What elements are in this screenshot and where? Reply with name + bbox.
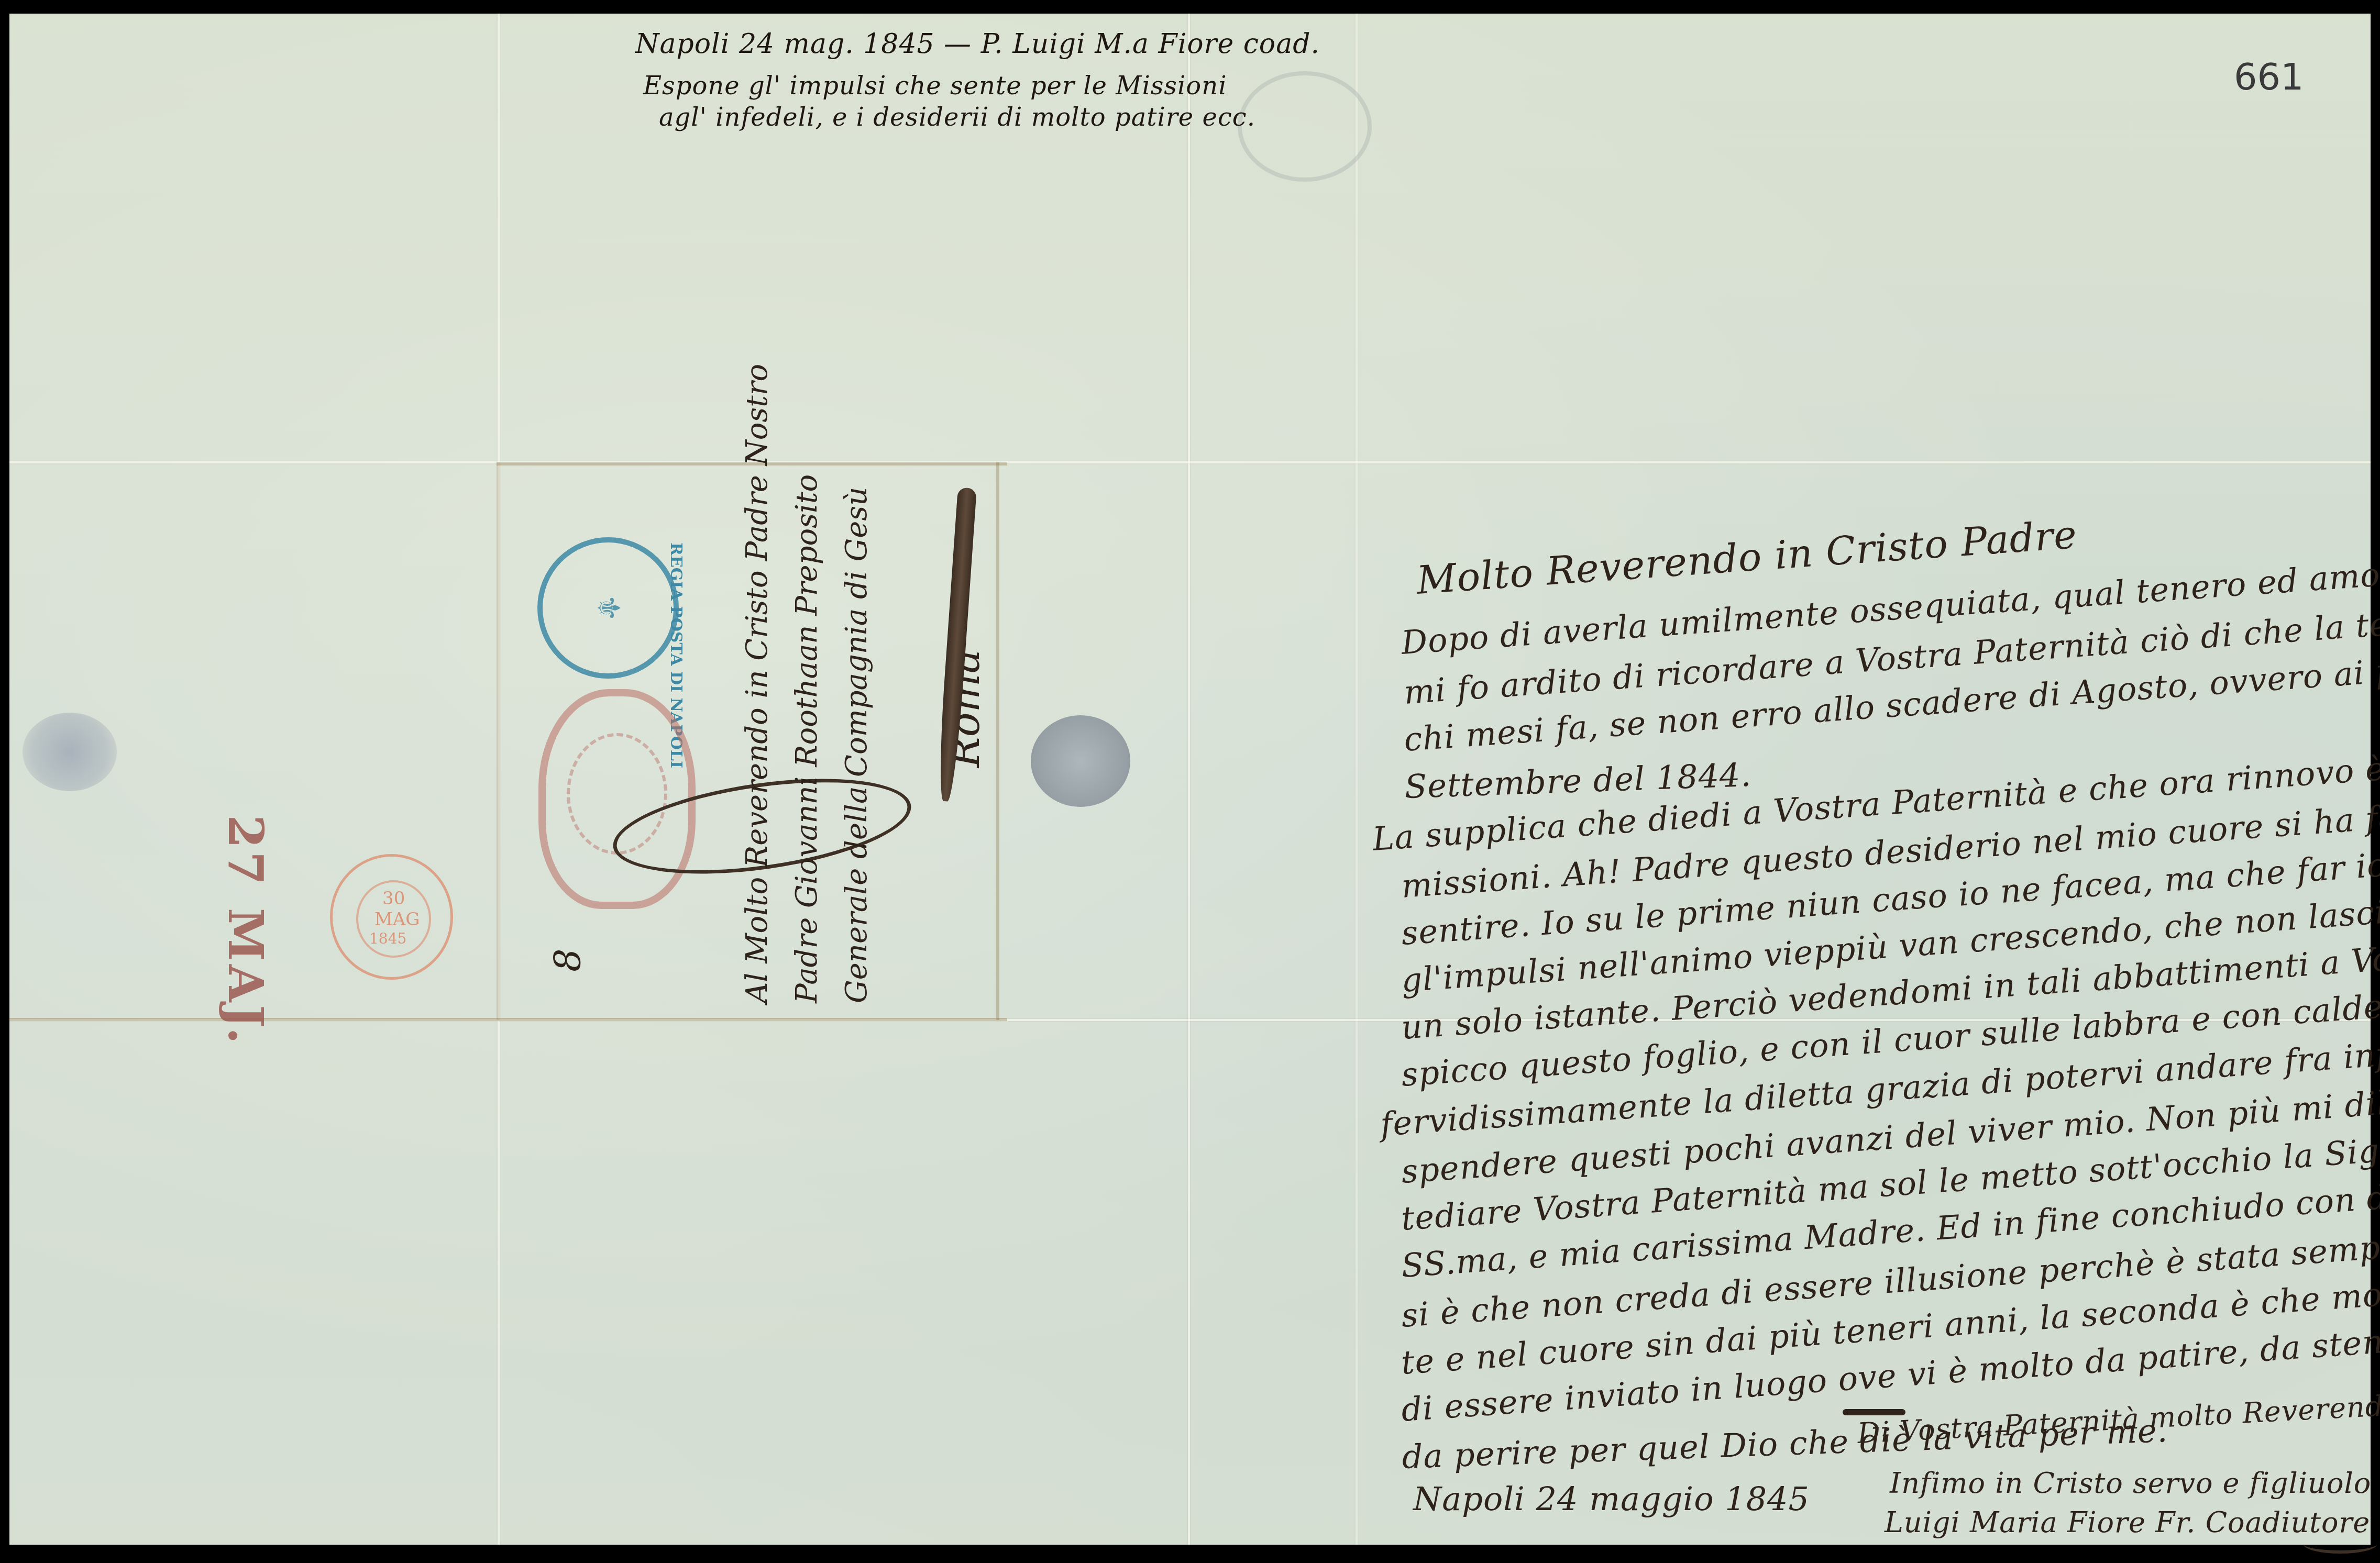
red-wax-seal-impression [538,689,696,909]
postage-mark: 8 [546,948,589,972]
signature-flourish [2304,1535,2377,1554]
regia-posta-napoli-postmark: ⚜ [537,537,679,679]
archive-page-number: 661 [2234,56,2304,98]
address-line-3: Generale della Compagnia di Gesù [840,487,874,1003]
address-line-2: Padre Giovanni Roothaan Preposito [790,474,824,1003]
ink-stain-left [23,713,117,791]
signature: Luigi Maria Fiore Fr. Coadiutore d. C. d… [1885,1506,2380,1539]
direzione-roma-postmark: 30 MAG 1845 [330,854,453,980]
endorsement-line-3: agl' infedeli, e i desiderii di molto pa… [659,103,1255,132]
postmark-year: 1845 [369,930,406,947]
closing-line-2: Infimo in Cristo servo e figliuolo [1890,1467,2371,1500]
address-panel-edge-right [996,462,999,1020]
address-panel-edge-left [497,462,500,1020]
endorsement-line-1: Napoli 24 mag. 1845 — P. Luigi M.a Fiore… [635,28,1320,60]
fold-vertical-right [1356,14,1358,1545]
faded-seal-ghost [1238,71,1372,182]
fold-horizontal-top [9,461,2371,463]
letter-sheet: 661 Napoli 24 mag. 1845 — P. Luigi M.a F… [9,14,2371,1545]
address-panel-edge-bottom [9,1018,1007,1021]
postmark-month: MAG [374,909,420,930]
grey-wafer-seal [1031,715,1130,807]
postmark-day: 30 [382,888,405,909]
endorsement-line-2: Espone gl' impulsi che sente per le Miss… [643,71,1227,101]
arrival-date-stamp: 27 MAJ. [217,815,274,1047]
address-line-1: Al Molto Reverendo in Cristo Padre Nostr… [740,364,774,1003]
letter-place-date: Napoli 24 maggio 1845 [1413,1480,1810,1518]
fleur-de-lis-icon: ⚜ [590,594,626,622]
fold-vertical-center [1188,14,1190,1545]
